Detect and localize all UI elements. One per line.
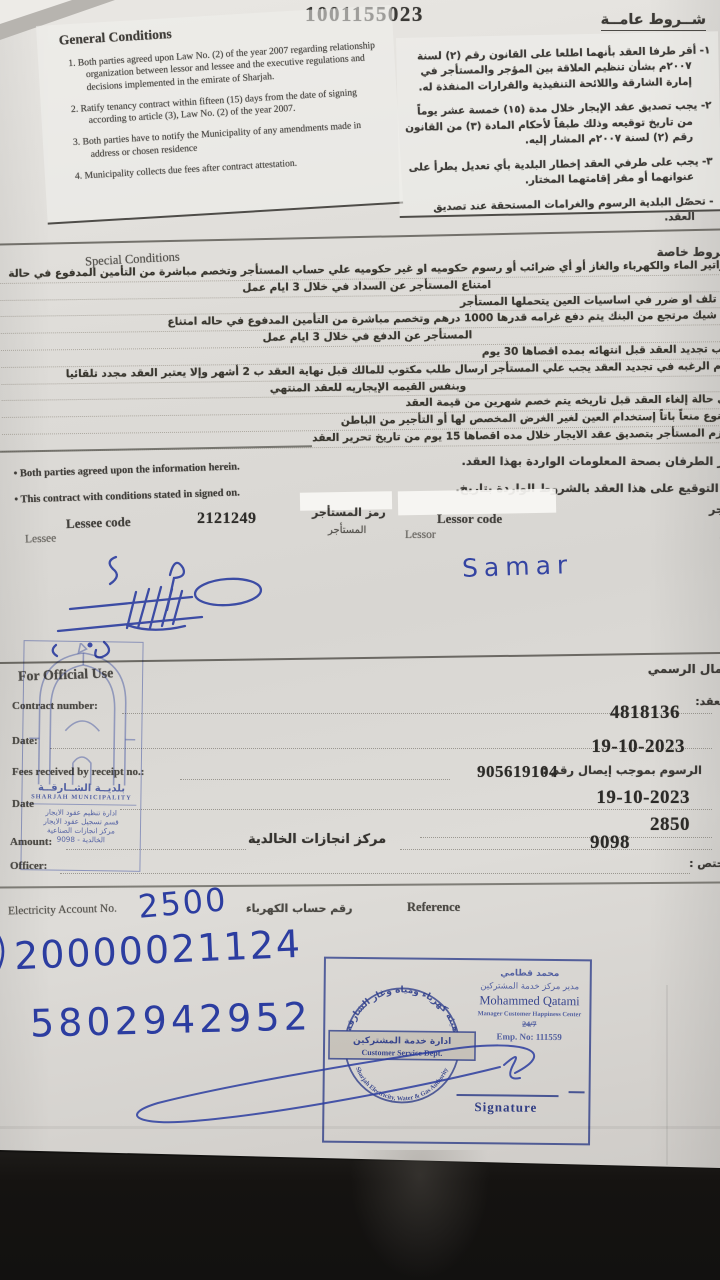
special-conditions-list: فواتير الماء والكهرباء والغاز أو أي ضرائ…: [0, 258, 720, 452]
lessee-sublabel: Lessee: [25, 532, 57, 545]
section-divider: [0, 228, 720, 245]
lessor-sublabel: Lessor: [405, 529, 436, 541]
general-condition-item-ar: ١- أقر طرفا العقد بأنهما اطلعا على القان…: [402, 43, 711, 96]
agreement-bullet-ar: أقر الطرفان بصحة المعلومات الواردة بهذا …: [455, 448, 720, 475]
reference-label: Reference: [407, 900, 460, 915]
amount-value: 9098: [590, 832, 630, 854]
paper-sheet: 1001155023 شــروط عامــة General Conditi…: [0, 0, 720, 1172]
agreement-bullets-en: • Both parties agreed upon the informati…: [13, 454, 241, 513]
paper-crease-vertical: [666, 985, 668, 1165]
sewa-manager-name-ar: محمد قطامي: [474, 968, 586, 979]
cutoff-pen-mark: [0, 928, 12, 978]
official-use-title-ar: للاستعمال الرسمي: [648, 662, 720, 676]
dotted-rule: [420, 836, 712, 838]
paper-crease-horizontal: [0, 1126, 720, 1129]
general-conditions-box-ar: ١- أقر طرفا العقد بأنهما اطلعا على القان…: [396, 31, 720, 218]
photographed-contract-page: 1001155023 شــروط عامــة General Conditi…: [0, 0, 720, 1280]
general-conditions-box-en: General Conditions 1. Both parties agree…: [36, 5, 403, 225]
general-condition-item-ar: - تحصّل البلدية الرسوم والغرامات المستحق…: [405, 194, 714, 231]
electricity-account-label: Electricity Account No.: [8, 903, 117, 918]
lessor-label-ar: المؤجر: [709, 503, 720, 516]
electricity-divider: [0, 881, 720, 888]
electricity-account-value: 2500: [137, 880, 229, 926]
sewa-manager-role-en: Manager Customer Happiness Center: [473, 1010, 585, 1018]
date-value: 19-10-2023: [591, 736, 685, 758]
lessee-sublabel-ar: المستأجر: [328, 525, 366, 536]
sewa-manager-role-ar: مدير مركز خدمة المشتركين: [474, 981, 586, 992]
dotted-rule: [180, 778, 450, 780]
officer-label-ar: المختص :: [689, 857, 720, 870]
general-condition-item-ar: ٣- يجب على طرفي العقد إخطار البلدية بأي …: [405, 154, 714, 191]
lessee-code-label-ar: رمز المستأجر: [312, 506, 386, 519]
dotted-rule: [60, 872, 690, 874]
lessor-signature: Samar: [462, 550, 574, 583]
municipality-dept-line: الخالدية - 9098: [22, 834, 140, 845]
lessor-code-label: Lessor code: [437, 511, 502, 527]
contract-number-label-ar: رقم العقد:: [695, 695, 720, 708]
electricity-account-label-ar: رقم حساب الكهرباء: [246, 902, 352, 915]
general-conditions-title-ar: شــروط عامــة: [601, 12, 706, 31]
contract-number-value: 4818136: [610, 702, 680, 724]
general-condition-item: 1. Both parties agreed upon Law No. (2) …: [68, 39, 386, 94]
municipality-stamp: بلديــة الشــارقــة SHARJAH MUNICIPALITY…: [20, 640, 143, 872]
lessee-code-value: 2121249: [197, 510, 257, 528]
municipality-name-en: SHARJAH MUNICIPALITY: [22, 793, 140, 802]
table-light-streak: [350, 1150, 490, 1280]
dotted-rule: [400, 848, 712, 850]
sewa-manager-name-en: Mohammed Qatami: [473, 993, 585, 1009]
fees-receipt-value: 905619104: [477, 762, 558, 782]
date2-value: 19-10-2023: [596, 787, 690, 809]
handwritten-number-1: 20000021124: [13, 922, 303, 979]
amount2-value: 2850: [650, 814, 690, 836]
fees-receipt-label-ar: الرسوم بموجب إيصال رقم :: [542, 763, 702, 777]
khalidiya-center-ar: مركز انجازات الخالدية: [248, 832, 386, 847]
general-condition-item-ar: ٢- يجب تصديق عقد الإيجار خلال مدة (١٥) خ…: [403, 99, 712, 152]
special-conditions-title-ar: شروط خاصة: [657, 245, 720, 259]
lessee-code-label: Lessee code: [66, 514, 131, 532]
